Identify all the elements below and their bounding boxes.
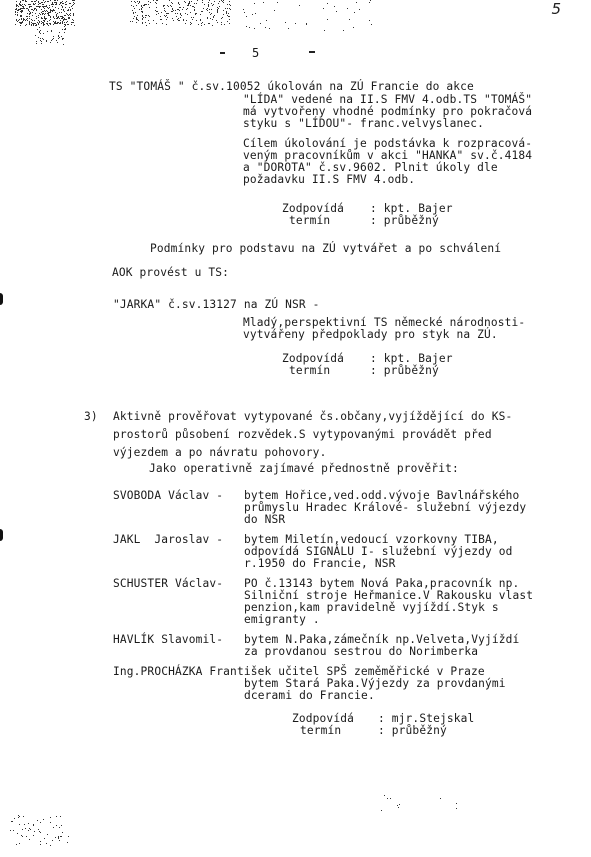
jarka-line: vytvářeny předpoklady pro styk na ZÚ.: [243, 328, 498, 341]
person-detail: emigranty .: [244, 613, 320, 626]
conditions-line1: Podmínky pro podstavu na ZÚ vytvářet a p…: [150, 242, 501, 255]
prochazka-line: dcerami do Francie.: [244, 689, 375, 702]
term-value: : průběžný: [370, 214, 439, 227]
term-label: termín: [300, 724, 341, 737]
page-number-center: 5: [252, 47, 259, 60]
document-page: 5 5 TS "TOMÁŠ " č.sv.10052 úkolován na Z…: [0, 0, 591, 857]
person-detail: za provdanou sestrou do Norimberka: [244, 645, 478, 658]
person-detail: průmyslu Hradec Králové- služební výjezd…: [244, 501, 526, 514]
term-value: : průběžný: [370, 364, 439, 377]
term-label: termín: [289, 364, 330, 377]
ts-tomas-line1: TS "TOMÁŠ " č.sv.10052 úkolován na ZÚ Fr…: [109, 80, 474, 93]
term-label: termín: [289, 214, 330, 227]
person-name: SVOBODA Václav -: [113, 489, 223, 502]
term-value: : průběžný: [378, 724, 447, 737]
point-number: 3): [84, 410, 98, 423]
point3-intro: Jako operativně zajímavé přednostně prov…: [149, 462, 459, 475]
person-name: SCHUSTER Václav-: [113, 577, 223, 590]
point3-line: Aktivně prověřovat vytypované čs.občany,…: [113, 410, 512, 423]
person-detail: do NSR: [244, 513, 285, 526]
jarka-line1: "JARKA" č.sv.13127 na ZÚ NSR -: [113, 298, 320, 311]
ts-tomas-goal: požadavku II.S FMV 4.odb.: [243, 173, 415, 186]
person-name: JAKL Jaroslav -: [113, 533, 223, 546]
punch-hole-mark: [0, 293, 3, 305]
dash-mark: [309, 51, 315, 53]
page-number-corner: 5: [551, 0, 561, 18]
person-detail: r.1950 do Francie, NSR: [244, 557, 395, 570]
ts-tomas-line: styku s "LÍDOU"- franc.velvyslanec.: [243, 117, 484, 130]
conditions-line2: AOK provést u TS:: [112, 266, 229, 279]
dash-mark: [220, 52, 225, 54]
person-name: HAVLÍK Slavomil-: [113, 633, 223, 646]
point3-line: výjezdem a po návratu pohovory.: [113, 446, 326, 459]
point3-line: prostorů působení rozvědek.S vytypovaným…: [113, 428, 492, 441]
punch-hole-mark: [0, 529, 3, 541]
